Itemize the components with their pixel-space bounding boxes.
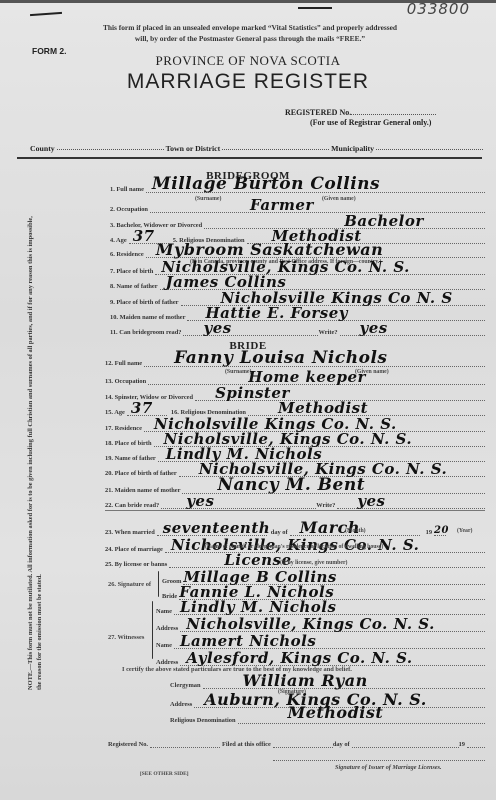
groom-write-value: yes xyxy=(360,321,388,336)
postal-notice-line2: will, by order of the Postmaster General… xyxy=(70,33,430,44)
issuer-signature-line xyxy=(273,760,485,761)
registered-label: REGISTERED No. xyxy=(285,108,351,117)
town-label: Town or District xyxy=(166,144,221,153)
signature-label: 26. Signature of xyxy=(108,581,151,588)
registered-number-field: REGISTERED No. xyxy=(285,108,436,117)
label: 25. By license or banns xyxy=(105,561,167,568)
witness-1-name-value: Lindly M. Nichols xyxy=(180,600,336,615)
groom-occupation-field: 2. Occupation Farmer xyxy=(110,202,485,213)
pen-mark xyxy=(298,7,332,9)
province-heading: PROVINCE OF NOVA SCOTIA xyxy=(0,53,496,69)
label: Address xyxy=(170,701,192,708)
label: 7. Place of birth xyxy=(110,268,153,275)
label: Clergyman xyxy=(170,682,201,689)
bride-occupation-value: Home keeper xyxy=(248,370,366,385)
label: 19. Name of father xyxy=(105,455,156,462)
bride-write-value: yes xyxy=(357,494,385,509)
month-caption: (Month) xyxy=(345,528,366,534)
witness-2-address-value: Aylesford, Kings Co. N. S. xyxy=(186,651,412,666)
label: Name xyxy=(156,642,172,649)
pen-mark xyxy=(30,12,62,16)
bride-mother-value: Nancy M. Bent xyxy=(217,477,365,494)
label: Filed at this office xyxy=(222,741,271,748)
place-caption: (Name of church or clergyman's residence… xyxy=(205,544,383,550)
clergyman-signature-value: William Ryan xyxy=(243,673,368,689)
year-caption: (Year) xyxy=(457,528,472,534)
label: 18. Place of birth xyxy=(105,440,152,447)
license-caption: (If by license, give number) xyxy=(280,560,347,566)
section-divider xyxy=(17,157,482,159)
bride-literacy-field: 22. Can bride read? yes Write? yes xyxy=(105,498,485,509)
side-note: NOTE.—This form must not be mutilated. A… xyxy=(26,210,44,690)
groom-full-name-field: 1. Full name Millage Burton Collins xyxy=(110,182,485,193)
see-other-side-note: [SEE OTHER SIDE] xyxy=(140,771,189,777)
bride-age-value: 37 xyxy=(131,401,153,416)
groom-literacy-field: 11. Can bridegroom read? yes Write? yes xyxy=(110,325,485,336)
label: 23. When married xyxy=(105,529,155,536)
bride-full-name-field: 12. Full name Fanny Louisa Nichols xyxy=(105,356,485,367)
groom-occupation-value: Farmer xyxy=(250,198,314,213)
groom-read-value: yes xyxy=(203,321,231,336)
label: 9. Place of birth of father xyxy=(110,299,179,306)
registrar-note: (For use of Registrar General only.) xyxy=(310,118,431,127)
label: 20. Place of birth of father xyxy=(105,470,177,477)
label: Address xyxy=(156,659,178,666)
postal-notice-line1: This form if placed in an unsealed envel… xyxy=(70,22,430,33)
issuer-caption: Signature of Issuer of Marriage Licenses… xyxy=(335,764,442,771)
bride-religion-value: Methodist xyxy=(278,401,368,416)
label: 10. Maiden name of mother xyxy=(110,314,185,321)
witness-1-address-field: Address Nicholsville, Kings Co. N. S. xyxy=(156,621,485,632)
label: 19 xyxy=(459,741,465,748)
witness-2-name-value: Lamert Nichols xyxy=(180,634,316,649)
label: 2. Occupation xyxy=(110,206,148,213)
label: 6. Residence xyxy=(110,251,144,258)
divider xyxy=(105,510,485,511)
label: 22. Can bride read? xyxy=(105,502,159,509)
county-label: County xyxy=(30,144,55,153)
groom-residence-field: 6. Residence Mybroom Saskatchewan xyxy=(110,247,485,258)
signature-brace xyxy=(158,571,159,597)
label: 4. Age xyxy=(110,237,127,244)
witness-2-address-field: Address Aylesford, Kings Co. N. S. xyxy=(156,655,485,666)
label: 3. Bachelor, Widower or Divorced xyxy=(110,222,202,229)
label: Address xyxy=(156,625,178,632)
label: 17. Residence xyxy=(105,425,142,432)
groom-residence-value: Mybroom Saskatchewan xyxy=(156,242,384,258)
year-prefix: 19 xyxy=(426,529,432,536)
bride-read-value: yes xyxy=(186,494,214,509)
marriage-date-field: 23. When married seventeenth day of Marc… xyxy=(105,525,485,536)
label: Religious Denomination xyxy=(170,717,236,724)
label: 1. Full name xyxy=(110,186,144,193)
office-filing-row: Registered No. Filed at this office day … xyxy=(108,737,485,748)
groom-father-value: James Collins xyxy=(166,275,287,290)
label: 21. Maiden name of mother xyxy=(105,487,180,494)
municipality-label: Municipality xyxy=(331,144,374,153)
postal-notice: This form if placed in an unsealed envel… xyxy=(70,22,430,44)
clergyman-field: Clergyman William Ryan xyxy=(170,678,485,689)
label: 15. Age xyxy=(105,409,125,416)
marriage-register-document: 033800 This form if placed in an unseale… xyxy=(0,0,496,800)
label: day of xyxy=(333,741,350,748)
label: 11. Can bridegroom read? xyxy=(110,329,181,336)
label: day of xyxy=(271,529,288,536)
serial-number: 033800 xyxy=(407,0,470,18)
clergyman-religion-value: Methodist xyxy=(288,705,384,721)
label: 13. Occupation xyxy=(105,378,146,385)
label: Write? xyxy=(318,329,337,336)
label: Bride xyxy=(162,593,177,600)
witness-1-address-value: Nicholsville, Kings Co. N. S. xyxy=(186,617,435,632)
bride-occupation-field: 13. Occupation Home keeper xyxy=(105,374,485,385)
bride-mother-field: 21. Maiden name of mother Nancy M. Bent xyxy=(105,483,485,494)
bride-full-name-value: Fanny Louisa Nichols xyxy=(174,350,387,367)
groom-full-name-value: Millage Burton Collins xyxy=(152,176,380,193)
label: Registered No. xyxy=(108,741,148,748)
groom-age-value: 37 xyxy=(133,229,155,244)
label: 8. Name of father xyxy=(110,283,158,290)
witness-2-name-field: Name Lamert Nichols xyxy=(156,638,485,649)
page-title: MARRIAGE REGISTER xyxy=(0,70,496,94)
witnesses-label: 27. Witnesses xyxy=(108,634,144,641)
clergyman-religion-field: Religious Denomination Methodist xyxy=(170,713,485,724)
label: Write? xyxy=(316,502,335,509)
marriage-day-value: seventeenth xyxy=(163,521,270,536)
label: Name xyxy=(156,608,172,615)
witnesses-brace xyxy=(152,601,153,659)
marriage-year-value: 20 xyxy=(434,526,449,536)
label: 24. Place of marriage xyxy=(105,546,163,553)
label: 12. Full name xyxy=(105,360,142,367)
groom-mother-field: 10. Maiden name of mother Hattie E. Fors… xyxy=(110,310,485,321)
witness-1-name-field: Name Lindly M. Nichols xyxy=(156,604,485,615)
location-row: County Town or District Municipality xyxy=(30,144,485,153)
